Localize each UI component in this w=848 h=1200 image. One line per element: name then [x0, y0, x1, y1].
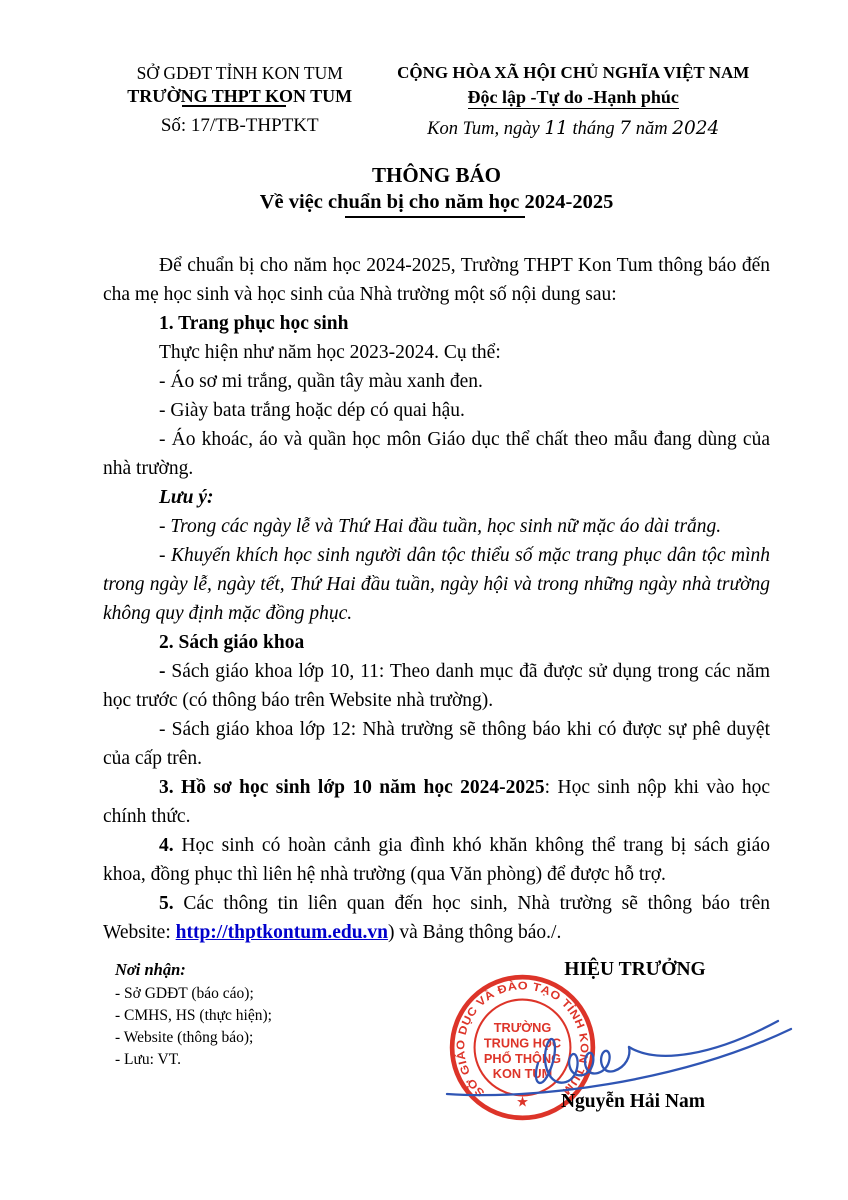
recipients-block: Nơi nhận: - Sở GDĐT (báo cáo); - CMHS, H… — [115, 959, 272, 1071]
date-mid1: tháng — [568, 119, 619, 139]
document-page: SỞ GDĐT TỈNH KON TUM TRƯỜNG THPT KON TUM… — [0, 0, 848, 1200]
section-3-heading: 3. Hồ sơ học sinh lớp 10 năm học 2024-20… — [159, 777, 545, 798]
website-link[interactable]: http://thptkontum.edu.vn — [176, 922, 388, 943]
section-4-number: 4. — [159, 835, 174, 856]
section-2-bullet-1-text: Sách giáo khoa lớp 10, 11: Theo danh mục… — [103, 661, 770, 711]
recipient-item: - CMHS, HS (thực hiện); — [115, 1005, 272, 1027]
document-subtitle: Về việc chuẩn bị cho năm học 2024-2025 — [260, 189, 614, 216]
recipient-item: - Lưu: VT. — [115, 1049, 272, 1071]
document-body: Để chuẩn bị cho năm học 2024-2025, Trườn… — [103, 251, 770, 947]
section-1-bullet-1: - Áo sơ mi trắng, quần tây màu xanh đen. — [103, 367, 770, 396]
date-prefix: Kon Tum, ngày — [427, 119, 544, 139]
note-heading: Lưu ý: — [103, 483, 770, 512]
section-4-text: Học sinh có hoàn cảnh gia đình khó khăn … — [103, 835, 770, 885]
section-5-text-after: ) và Bảng thông báo./. — [388, 922, 561, 943]
recipients-heading: Nơi nhận: — [115, 959, 272, 981]
recipient-item: - Website (thông báo); — [115, 1027, 272, 1049]
department-name: SỞ GDĐT TỈNH KON TUM — [103, 62, 376, 84]
note-bullet-1: - Trong các ngày lễ và Thứ Hai đầu tuần,… — [103, 512, 770, 541]
date-line: Kon Tum, ngày 11 tháng 7 năm 2024 — [376, 118, 770, 140]
document-title: THÔNG BÁO — [103, 162, 770, 189]
date-mid2: năm — [631, 119, 672, 139]
section-1-bullet-2: - Giày bata trắng hoặc dép có quai hậu. — [103, 396, 770, 425]
document-number: Số: 17/TB-THPTKT — [103, 115, 376, 137]
section-1-line: Thực hiện như năm học 2023-2024. Cụ thể: — [103, 338, 770, 367]
intro-paragraph: Để chuẩn bị cho năm học 2024-2025, Trườn… — [103, 251, 770, 309]
section-2-heading: 2. Sách giáo khoa — [103, 628, 770, 657]
national-motto-text: Độc lập -Tự do -Hạnh phúc — [468, 87, 679, 109]
section-4-paragraph: 4. Học sinh có hoàn cảnh gia đình khó kh… — [103, 831, 770, 889]
section-2-bullet-2: - Sách giáo khoa lớp 12: Nhà trường sẽ t… — [103, 715, 770, 773]
signer-name: Nguyễn Hải Nam — [503, 1091, 763, 1113]
signature-scribble — [447, 1021, 791, 1095]
national-motto: Độc lập -Tự do -Hạnh phúc — [376, 86, 770, 109]
section-1-bullet-3: - Áo khoác, áo và quần học môn Giáo dục … — [103, 425, 770, 483]
national-title: CỘNG HÒA XÃ HỘI CHỦ NGHĨA VIỆT NAM — [376, 62, 770, 84]
section-2-bullet-1: - Sách giáo khoa lớp 10, 11: Theo danh m… — [103, 657, 770, 715]
section-3-paragraph: 3. Hồ sơ học sinh lớp 10 năm học 2024-20… — [103, 773, 770, 831]
section-5-paragraph: 5. Các thông tin liên quan đến học sinh,… — [103, 889, 770, 947]
recipient-item: - Sở GDĐT (báo cáo); — [115, 983, 272, 1005]
date-year: 2024 — [672, 118, 719, 139]
document-header: SỞ GDĐT TỈNH KON TUM TRƯỜNG THPT KON TUM… — [103, 62, 770, 140]
document-title-block: THÔNG BÁO Về việc chuẩn bị cho năm học 2… — [103, 162, 770, 216]
issuing-org-block: SỞ GDĐT TỈNH KON TUM TRƯỜNG THPT KON TUM… — [103, 62, 376, 140]
document-footer: Nơi nhận: - Sở GDĐT (báo cáo); - CMHS, H… — [103, 957, 770, 1187]
note-bullet-2: - Khuyến khích học sinh người dân tộc th… — [103, 541, 770, 628]
school-name: TRƯỜNG THPT KON TUM — [103, 84, 376, 108]
section-5-number: 5. — [159, 893, 174, 914]
section-1-heading: 1. Trang phục học sinh — [103, 309, 770, 338]
date-month: 7 — [619, 118, 631, 139]
national-header-block: CỘNG HÒA XÃ HỘI CHỦ NGHĨA VIỆT NAM Độc l… — [376, 62, 770, 140]
date-day: 11 — [544, 118, 568, 139]
